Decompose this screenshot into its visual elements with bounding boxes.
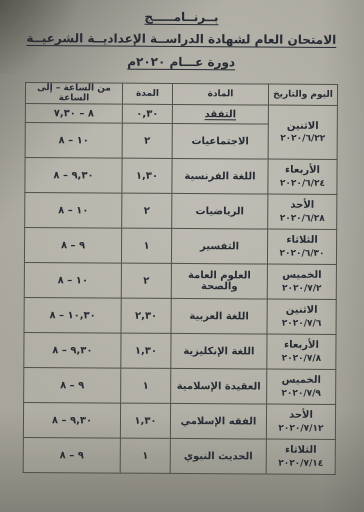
duration-cell: ١: [121, 228, 171, 263]
day-date-cell: الثلاثاء٢٠٢٠/٦/٣٠: [267, 229, 336, 264]
subject-cell: الاجتماعيات: [172, 123, 268, 159]
day-date: ٢٠٢٠/٧/٩: [269, 387, 333, 400]
schedule-body: الاثنين٢٠٢٠/٦/٢٢التفقد٠,٣٠٨ – ٧,٣٠الاجتم…: [23, 104, 337, 475]
day-date-cell: الأحد٢٠٢٠/٧/١٢: [266, 404, 335, 439]
table-row: الثلاثاء٢٠٢٠/٧/١٤الحديث النبوي١٩ – ٨: [23, 438, 335, 475]
day-date: ٢٠٢٠/٧/٨: [269, 352, 333, 365]
program-title: بــرنــامـــــج: [25, 9, 337, 25]
duration-cell: ٢: [121, 263, 171, 298]
time-cell: ٩ – ٨: [24, 228, 121, 264]
day-date: ٢٠٢٠/٦/٣٠: [270, 247, 334, 260]
day-name: الأحد: [270, 199, 334, 213]
subject-cell: التفقد: [172, 104, 268, 124]
time-cell: ١٠ – ٨: [25, 193, 122, 229]
time-cell: ٩,٣٠ – ٨: [25, 158, 122, 194]
time-cell: ٩,٣٠ – ٨: [23, 403, 120, 439]
header-duration: المدة: [122, 83, 172, 104]
day-date-cell: الاثنين٢٠٢٠/٦/٢٢: [268, 105, 337, 159]
time-cell: ١٠ – ٨: [24, 263, 121, 299]
day-name: الاثنين: [271, 119, 335, 133]
document-header: بــرنــامـــــج الامتحان العام لشهادة ال…: [25, 9, 337, 70]
day-date: ٢٠٢٠/٦/٢٨: [270, 212, 334, 225]
table-row: الأربعاء٢٠٢٠/٦/٢٤اللغة الفرنسية١,٣٠٩,٣٠ …: [25, 158, 337, 195]
subject-cell: التفسير: [171, 228, 267, 264]
duration-cell: ٢: [122, 193, 172, 228]
header-subject: المادة: [172, 83, 268, 105]
day-date-cell: الاثنين٢٠٢٠/٧/٦: [267, 299, 336, 334]
time-cell: ٩,٣٠ – ٨: [24, 333, 121, 369]
table-row: الثلاثاء٢٠٢٠/٦/٣٠التفسير١٩ – ٨: [24, 228, 336, 265]
subject-cell: اللغة العربية: [171, 298, 267, 334]
header-day-date: اليوم والتاريخ: [268, 84, 337, 105]
duration-cell: ١,٣٠: [121, 333, 171, 368]
exam-title: الامتحان العام لشهادة الدراســة الإعدادي…: [25, 31, 337, 47]
subject-cell: العقيدة الإسلامية: [171, 368, 267, 404]
header-time: من الساعة – إلى الساعة: [25, 83, 122, 105]
day-name: الأحد: [269, 409, 333, 423]
table-row: الاثنين٢٠٢٠/٦/٢٢التفقد٠,٣٠٨ – ٧,٣٠: [25, 104, 337, 125]
day-date-cell: الثلاثاء٢٠٢٠/٧/١٤: [266, 439, 335, 474]
table-row: الأربعاء٢٠٢٠/٧/٨اللغة الإنكليزية١,٣٠٩,٣٠…: [24, 333, 336, 370]
table-row: الأحد٢٠٢٠/٦/٢٨الرياضيات٢١٠ – ٨: [25, 193, 337, 230]
duration-cell: ٢,٣٠: [121, 298, 171, 333]
day-date: ٢٠٢٠/٦/٢٢: [271, 133, 335, 146]
duration-cell: ١,٣٠: [120, 403, 170, 438]
day-name: الخميس: [270, 269, 334, 283]
day-name: الاثنين: [270, 304, 334, 318]
session-title: دورة عـــام ٢٠٢٠م: [25, 54, 337, 70]
day-date-cell: الخميس٢٠٢٠/٧/٢: [267, 264, 336, 299]
document-page: بــرنــامـــــج الامتحان العام لشهادة ال…: [0, 0, 364, 512]
time-cell: ٨ – ٧,٣٠: [25, 104, 122, 124]
day-name: الخميس: [269, 374, 333, 388]
day-date: ٢٠٢٠/٧/١٢: [269, 422, 333, 435]
day-date: ٢٠٢٠/٧/٢: [270, 282, 334, 295]
day-date-cell: الأربعاء٢٠٢٠/٧/٨: [267, 334, 336, 369]
duration-cell: ١,٣٠: [122, 158, 172, 193]
duration-cell: ١: [121, 368, 171, 403]
day-date: ٢٠٢٠/٧/١٤: [269, 457, 333, 470]
time-cell: ٩ – ٨: [24, 368, 121, 404]
time-cell: ١٠,٣٠ – ٨: [24, 298, 121, 334]
subject-cell: الرياضيات: [172, 193, 268, 229]
day-date-cell: الأربعاء٢٠٢٠/٦/٢٤: [268, 159, 337, 194]
table-row: الأحد٢٠٢٠/٧/١٢الفقه الإسلامي١,٣٠٩,٣٠ – ٨: [23, 403, 335, 440]
day-name: الثلاثاء: [269, 444, 333, 458]
duration-cell: ٠,٣٠: [122, 104, 172, 123]
duration-cell: ٢: [122, 123, 172, 158]
table-row: الخميس٢٠٢٠/٧/٢العلوم العامة والصحة٢١٠ – …: [24, 263, 336, 300]
table-row: الخميس٢٠٢٠/٧/٩العقيدة الإسلامية١٩ – ٨: [24, 368, 336, 405]
day-name: الثلاثاء: [270, 234, 334, 248]
day-date-cell: الخميس٢٠٢٠/٧/٩: [267, 369, 336, 404]
day-date-cell: الأحد٢٠٢٠/٦/٢٨: [268, 194, 337, 229]
table-row: الاثنين٢٠٢٠/٧/٦اللغة العربية٢,٣٠١٠,٣٠ – …: [24, 298, 336, 335]
subject-cell: الحديث النبوي: [170, 438, 266, 474]
subject-cell: اللغة الإنكليزية: [171, 333, 267, 369]
duration-cell: ١: [120, 438, 170, 473]
subject-cell: اللغة الفرنسية: [172, 158, 268, 194]
time-cell: ٩ – ٨: [23, 438, 120, 474]
day-date: ٢٠٢٠/٧/٦: [270, 317, 334, 330]
day-name: الأربعاء: [270, 164, 334, 178]
day-name: الأربعاء: [269, 339, 333, 353]
subject-cell: العلوم العامة والصحة: [171, 263, 267, 299]
day-date: ٢٠٢٠/٦/٢٤: [270, 177, 334, 190]
table-header-row: اليوم والتاريخ المادة المدة من الساعة – …: [25, 83, 337, 106]
exam-schedule-table: اليوم والتاريخ المادة المدة من الساعة – …: [23, 82, 338, 475]
time-cell: ١٠ – ٨: [25, 123, 122, 159]
subject-cell: الفقه الإسلامي: [170, 403, 266, 439]
